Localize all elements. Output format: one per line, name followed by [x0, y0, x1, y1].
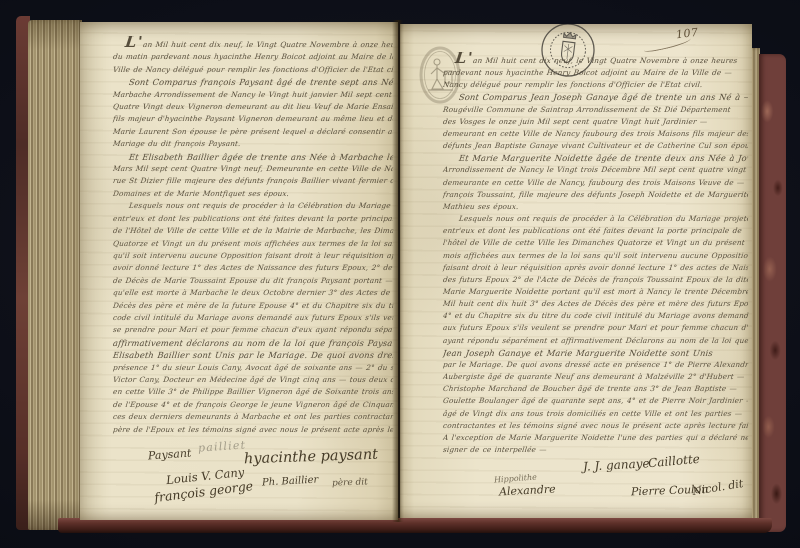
manuscript-line: de l'Epouse 4° et de françois George le … — [112, 399, 394, 411]
manuscript-line: Victor Cany, Docteur en Médecine âgé de … — [112, 374, 394, 386]
page-number: 107 — [675, 26, 699, 42]
manuscript-line: demeurant en cette Ville de Nancy faubou… — [442, 128, 748, 140]
manuscript-line: Marie Laurent Son épouse le père présent… — [112, 126, 394, 138]
manuscript-line: rue St Dizier fille majeure des défunts … — [112, 175, 394, 187]
signature: Hippolithe — [494, 473, 537, 485]
signature: Alexandre — [499, 483, 556, 499]
manuscript-line: âgé de Vingt dix ans tous trois domicili… — [442, 408, 748, 420]
signature: Pierre Coulon — [631, 483, 709, 499]
manuscript-line: L'an Mil huit cent dix neuf, le Vingt Qu… — [442, 52, 749, 67]
right-page-manuscript: L'an Mil huit cent dix neuf, le Vingt Qu… — [443, 52, 748, 456]
signature: Louis V. Cany — [165, 465, 244, 487]
manuscript-line: pardevant nous hyacinthe Henry Boicot ad… — [442, 67, 748, 79]
photo-background: L'an Mil huit cent dix neuf, le Vingt Qu… — [0, 0, 800, 548]
manuscript-line: qu'il soit intervenu aucune Opposition f… — [112, 250, 394, 262]
manuscript-line: Goulette Boulanger âgé de quarante sept … — [442, 395, 748, 407]
manuscript-line: contractantes et les témoins signé avec … — [442, 420, 748, 432]
manuscript-line: entr'eux et dont les publications ont ét… — [442, 225, 748, 237]
signature: Ph. Baillier — [262, 475, 319, 489]
manuscript-line: Domaines et de Marie Montfiquet ses épou… — [112, 188, 394, 200]
manuscript-line: Ville de Nancy délégué pour remplir les … — [112, 64, 394, 76]
signature: Paysant — [148, 447, 192, 463]
left-page-manuscript: L'an Mil huit cent dix neuf, le Vingt Qu… — [113, 36, 393, 436]
manuscript-line: Lesquels nous ont requis de procéder à l… — [442, 213, 748, 225]
manuscript-line: faisant droit à leur réquisition après a… — [442, 262, 748, 274]
book-cover-right — [759, 54, 786, 532]
manuscript-line: Quatre Vingt deux Vigneron demeurant au … — [112, 101, 394, 113]
manuscript-line: Elisabeth Baillier sont Unis par le Mari… — [112, 349, 394, 361]
right-page: 107 — [400, 24, 752, 518]
manuscript-line: Mil huit cent dix huit 3° des Actes de D… — [442, 298, 748, 310]
manuscript-line: Mars Mil sept cent Quatre Vingt neuf, De… — [112, 163, 394, 175]
manuscript-line: Et Elisabeth Baillier âgée de trente ans… — [112, 151, 394, 163]
manuscript-line: Christophe Marchand de Boucher âgé de tr… — [442, 383, 748, 395]
manuscript-line: qu'elle est morte à Marbache le deux Oct… — [112, 287, 394, 299]
manuscript-line: Et Marie Marguerite Noidette âgée de tre… — [442, 152, 748, 164]
signature: J. J. ganaye — [583, 456, 650, 473]
manuscript-line: avoir donné lecture 1° des Actes de Nais… — [112, 262, 394, 274]
manuscript-line: se prendre pour Mari et pour femme chacu… — [112, 324, 394, 336]
manuscript-line: l'hôtel de Ville de cette Ville les Dima… — [442, 237, 748, 249]
manuscript-line: Marbache Arrondissement de Nancy le Ving… — [112, 89, 394, 101]
manuscript-line: signer de ce interpellée — — [442, 444, 748, 456]
manuscript-line: 4° et du Chapitre six du titre du code c… — [442, 310, 748, 322]
manuscript-line: Mathieu ses époux. — [442, 201, 748, 213]
manuscript-line: demeurante en cette Ville de Nancy, faub… — [442, 177, 748, 189]
manuscript-line: fils majeur d'hyacinthe Paysant Vigneron… — [112, 113, 394, 125]
manuscript-line: de Décès de Marie Toussaint Epouse du di… — [112, 275, 394, 287]
signature: Nicol. dit — [691, 477, 744, 498]
signature: hyacinthe paysant — [244, 447, 378, 468]
manuscript-line: aux futurs Epoux s'ils veulent se prendr… — [442, 322, 748, 334]
manuscript-line: Lesquels nous ont requis de procéder à l… — [112, 200, 394, 212]
manuscript-line: Sont Comparus Jean Joseph Ganaye âgé de … — [442, 91, 748, 103]
manuscript-line: Marie Marguerite Noidette portant qu'il … — [442, 286, 748, 298]
signature: françois george — [153, 478, 253, 505]
manuscript-line: code civil intitulé du Mariage avons dem… — [112, 312, 394, 324]
manuscript-line: Aubergiste âgé de quarante Neuf ans deme… — [442, 371, 748, 383]
left-page: L'an Mil huit cent dix neuf, le Vingt Qu… — [80, 22, 398, 520]
manuscript-line: par le Mariage. De quoi avons dressé act… — [442, 359, 748, 371]
manuscript-line: de l'Hôtel de Ville de cette Ville et de… — [112, 225, 394, 237]
manuscript-line: Sont Comparus françois Paysant âgé de tr… — [112, 76, 394, 88]
manuscript-line: Quatorze et Vingt un du présent mois aff… — [112, 238, 394, 250]
manuscript-line: L'an Mil huit cent dix neuf, le Vingt Qu… — [112, 36, 394, 51]
manuscript-line: défunts Jean Baptiste Ganaye vivant Cult… — [442, 140, 748, 152]
manuscript-line: des Vosges le onze juin Mil sept cent qu… — [442, 116, 748, 128]
manuscript-line: en cette Ville 3° de Philippe Baillier V… — [112, 386, 394, 398]
manuscript-line: des futurs Epoux 2° de l'Acte de Décès d… — [442, 274, 748, 286]
manuscript-line: Rougéville Commune de Saintrap Arrondiss… — [442, 104, 748, 116]
manuscript-line: Jean Joseph Ganaye et Marie Marguerite N… — [442, 347, 748, 359]
book-gutter — [392, 20, 404, 522]
manuscript-line: entr'eux et dont les publications ont ét… — [112, 213, 394, 225]
manuscript-line: affirmativement déclarons au nom de la l… — [112, 337, 394, 349]
page-edges-stack-left — [28, 20, 82, 530]
manuscript-line: présence 1° du sieur Louis Cany, Avocat … — [112, 362, 394, 374]
manuscript-line: du matin pardevant nous hyacinthe Henry … — [112, 51, 394, 63]
manuscript-line: ayant répondu séparément et affirmativem… — [442, 335, 748, 347]
manuscript-line: A l'exception de Marie Marguerite Noidet… — [442, 432, 748, 444]
manuscript-line: Décès des père et mère de la future Epou… — [112, 300, 394, 312]
manuscript-line: père de l'Epoux et les témoins signé ave… — [112, 424, 394, 436]
manuscript-line: Nancy délégué pour remplir les fonctions… — [442, 79, 748, 91]
book-cover-bottom-edge — [58, 518, 772, 533]
manuscript-line: françois Toussaint, fille majeure des dé… — [442, 189, 748, 201]
manuscript-line: Arrondissement de Nancy le Vingt trois D… — [442, 164, 748, 176]
manuscript-line: ces deux derniers demeurants à Marbache … — [112, 411, 394, 423]
pencil-annotation: pailliet — [198, 438, 247, 454]
manuscript-line: mois affichées aux termes de la loi sans… — [442, 250, 748, 262]
signature: père dit — [332, 477, 368, 488]
manuscript-line: Mariage du dit françois Paysant. — [112, 138, 394, 150]
